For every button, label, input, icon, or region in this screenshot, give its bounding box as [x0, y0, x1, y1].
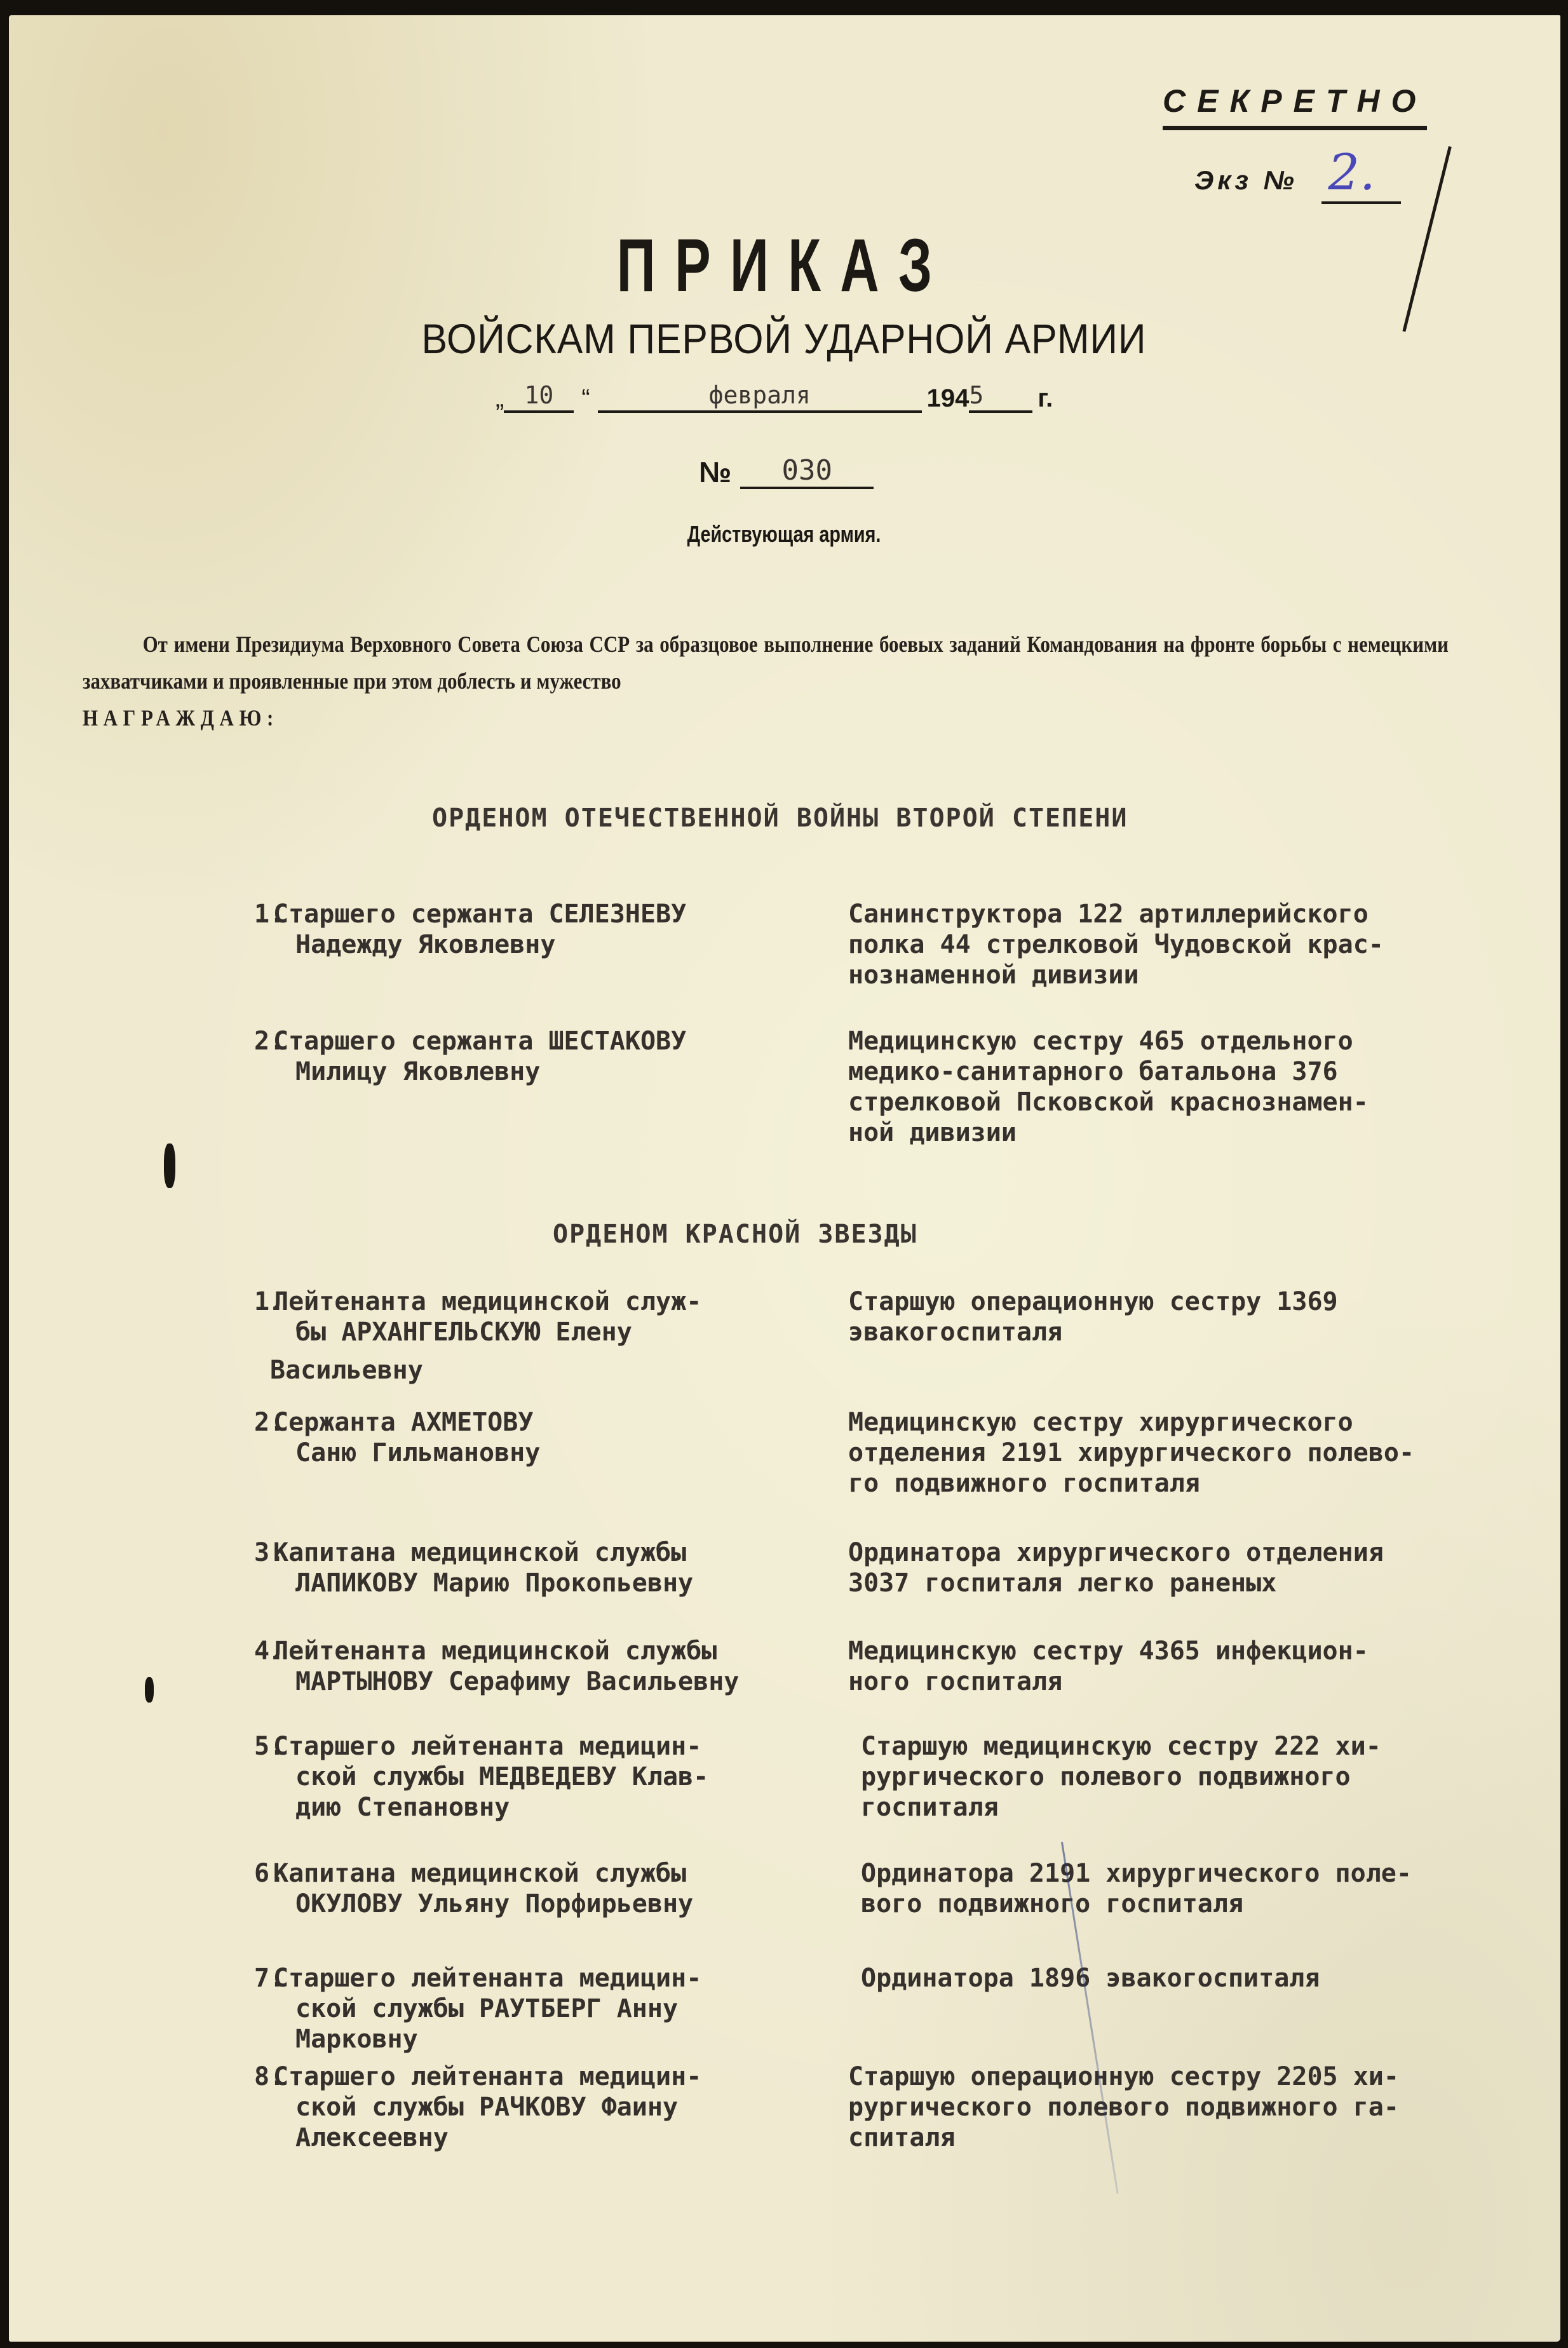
- award-position-line: нознаменной дивизии: [848, 960, 1531, 990]
- award-name-line: Марковну: [254, 2024, 848, 2054]
- date-month: февраля: [598, 381, 922, 413]
- copy-number-row: Экз № 2.: [1194, 144, 1427, 204]
- date-year-unit: г.: [1037, 384, 1053, 413]
- award-position-line: Медицинскую сестру хирургического: [848, 1407, 1531, 1438]
- award-number: 2.: [254, 1026, 273, 1056]
- classification-stamp: СЕКРЕТНО Экз № 2.: [1163, 83, 1427, 204]
- date-year-suffix: 5: [969, 381, 1032, 413]
- award-position-line: медико-санитарного батальона 376: [848, 1056, 1531, 1087]
- award-position-line: ной дивизии: [848, 1117, 1531, 1148]
- award-position-line: Ординатора 2191 хирургического поле-: [861, 1858, 1531, 1889]
- preamble-text: От имени Президиума Верховного Совета Со…: [83, 631, 1449, 694]
- award-name-line: ЛАПИКОВУ Марию Прокопьевну: [254, 1568, 848, 1598]
- award-position-line: 3037 госпиталя легко раненых: [848, 1568, 1531, 1598]
- award-position-line: рургического полевого подвижного: [861, 1762, 1531, 1792]
- award-name-line: Васильевну: [254, 1355, 848, 1386]
- award-name-line: дию Степановну: [254, 1792, 848, 1823]
- award-name-line: Саню Гильмановну: [254, 1438, 848, 1468]
- award-name-line: Старшего лейтенанта медицин-: [273, 2062, 701, 2091]
- award-position-line: госпиталя: [861, 1792, 1531, 1823]
- award-name-line: Лейтенанта медицинской служ-: [273, 1287, 701, 1316]
- award-name-line: Старшего лейтенанта медицин-: [273, 1964, 701, 1993]
- award-name-line: Лейтенанта медицинской службы: [273, 1636, 717, 1666]
- section-heading-patriotic-war: ОРДЕНОМ ОТЕЧЕСТВЕННОЙ ВОЙНЫ ВТОРОЙ СТЕПЕ…: [432, 804, 1128, 833]
- award-name-line: Капитана медицинской службы: [273, 1538, 686, 1567]
- award-position-line: полка 44 стрелковой Чудовской крас-: [848, 929, 1531, 960]
- award-entry: 1.Старшего сержанта СЕЛЕЗНЕВУ Надежду Як…: [254, 899, 1531, 990]
- award-position-line: Старшую операционную сестру 2205 хи-: [848, 2061, 1531, 2092]
- order-number: № 030: [699, 454, 874, 489]
- award-entry: 4.Лейтенанта медицинской службы МАРТЫНОВ…: [254, 1636, 1531, 1697]
- award-position-line: рургического полевого подвижного га-: [848, 2092, 1531, 2122]
- award-number: 7.: [254, 1963, 273, 1994]
- award-entry: 1.Лейтенанта медицинской служ- бы АРХАНГ…: [254, 1286, 1531, 1386]
- award-position-line: Старшую операционную сестру 1369: [848, 1286, 1531, 1317]
- award-name-line: Старшего сержанта ШЕСТАКОВУ: [273, 1027, 686, 1056]
- preamble-action: НАГРАЖДАЮ:: [83, 705, 279, 731]
- copy-label: Экз №: [1194, 165, 1298, 195]
- award-position-line: Ординатора 1896 эвакогоспиталя: [861, 1963, 1531, 1994]
- award-position-line: Санинструктора 122 артиллерийского: [848, 899, 1531, 929]
- award-entry: 3.Капитана медицинской службы ЛАПИКОВУ М…: [254, 1537, 1531, 1598]
- award-name-line: МАРТЫНОВУ Серафиму Васильевну: [254, 1666, 848, 1697]
- award-position-line: эвакогоспиталя: [848, 1317, 1531, 1347]
- award-position-line: ного госпиталя: [848, 1666, 1531, 1697]
- award-name-line: Надежду Яковлевну: [254, 929, 848, 960]
- award-name-line: Капитана медицинской службы: [273, 1859, 686, 1888]
- order-number-label: №: [699, 455, 731, 489]
- award-position-line: Медицинскую сестру 4365 инфекцион-: [848, 1636, 1531, 1666]
- location-line: Действующая армия.: [157, 521, 1411, 548]
- document-subtitle: ВОЙСКАМ ПЕРВОЙ УДАРНОЙ АРМИИ: [63, 314, 1506, 363]
- award-entry: 8.Старшего лейтенанта медицин- ской служ…: [254, 2061, 1531, 2153]
- date-year-prefix: 194: [927, 384, 970, 413]
- section-heading-red-star: ОРДЕНОМ КРАСНОЙ ЗВЕЗДЫ: [553, 1220, 917, 1249]
- award-number: 8.: [254, 2061, 273, 2092]
- ink-blot: [145, 1677, 154, 1703]
- award-position-line: вого подвижного госпиталя: [861, 1889, 1531, 1919]
- award-entry: 7.Старшего лейтенанта медицин- ской служ…: [254, 1963, 1531, 2054]
- award-position-line: спиталя: [848, 2122, 1531, 2153]
- award-position-line: стрелковой Псковской краснознамен-: [848, 1087, 1531, 1117]
- award-name-line: ОКУЛОВУ Ульяну Порфирьевну: [254, 1889, 848, 1919]
- award-entry: 2.Старшего сержанта ШЕСТАКОВУ Милицу Яко…: [254, 1026, 1531, 1148]
- date-day: 10: [504, 381, 574, 413]
- award-name-line: Алексеевну: [254, 2122, 848, 2153]
- date-open-quote: „: [496, 384, 504, 413]
- award-position-line: Старшую медицинскую сестру 222 хи-: [861, 1731, 1531, 1762]
- award-entry: 2.Сержанта АХМЕТОВУ Саню Гильмановну Мед…: [254, 1407, 1531, 1499]
- award-name-line: ской службы РАУТБЕРГ Анну: [254, 1994, 848, 2024]
- order-date: „ 10 “ февраля 194 5 г.: [496, 381, 1053, 413]
- award-name-line: Милицу Яковлевну: [254, 1056, 848, 1087]
- award-number: 1.: [254, 899, 273, 929]
- award-position-line: Ординатора хирургического отделения: [848, 1537, 1531, 1568]
- award-position-line: Медицинскую сестру 465 отдельного: [848, 1026, 1531, 1056]
- award-name-line: ской службы МЕДВЕДЕВУ Клав-: [254, 1762, 848, 1792]
- award-entry: 6.Капитана медицинской службы ОКУЛОВУ Ул…: [254, 1858, 1531, 1919]
- award-name-line: Сержанта АХМЕТОВУ: [273, 1408, 533, 1437]
- award-number: 6.: [254, 1858, 273, 1889]
- classification-label: СЕКРЕТНО: [1163, 83, 1427, 130]
- preamble: От имени Президиума Верховного Совета Со…: [83, 626, 1449, 736]
- order-number-value: 030: [740, 454, 874, 489]
- copy-number: 2.: [1321, 144, 1400, 204]
- ink-blot: [164, 1144, 175, 1188]
- award-name-line: бы АРХАНГЕЛЬСКУЮ Елену: [254, 1317, 848, 1347]
- award-name-line: Старшего лейтенанта медицин-: [273, 1732, 701, 1761]
- date-close-quote: “: [581, 384, 590, 413]
- award-name-line: Старшего сержанта СЕЛЕЗНЕВУ: [273, 900, 686, 929]
- award-number: 3.: [254, 1537, 273, 1568]
- award-position-line: го подвижного госпиталя: [848, 1468, 1531, 1499]
- award-number: 5.: [254, 1731, 273, 1762]
- award-number: 1.: [254, 1286, 273, 1317]
- award-name-line: ской службы РАЧКОВУ Фаину: [254, 2092, 848, 2122]
- award-entry: 5.Старшего лейтенанта медицин- ской служ…: [254, 1731, 1531, 1823]
- award-number: 4.: [254, 1636, 273, 1666]
- document-title: ПРИКАЗ: [220, 222, 1349, 309]
- award-number: 2.: [254, 1407, 273, 1438]
- award-position-line: отделения 2191 хирургического полево-: [848, 1438, 1531, 1468]
